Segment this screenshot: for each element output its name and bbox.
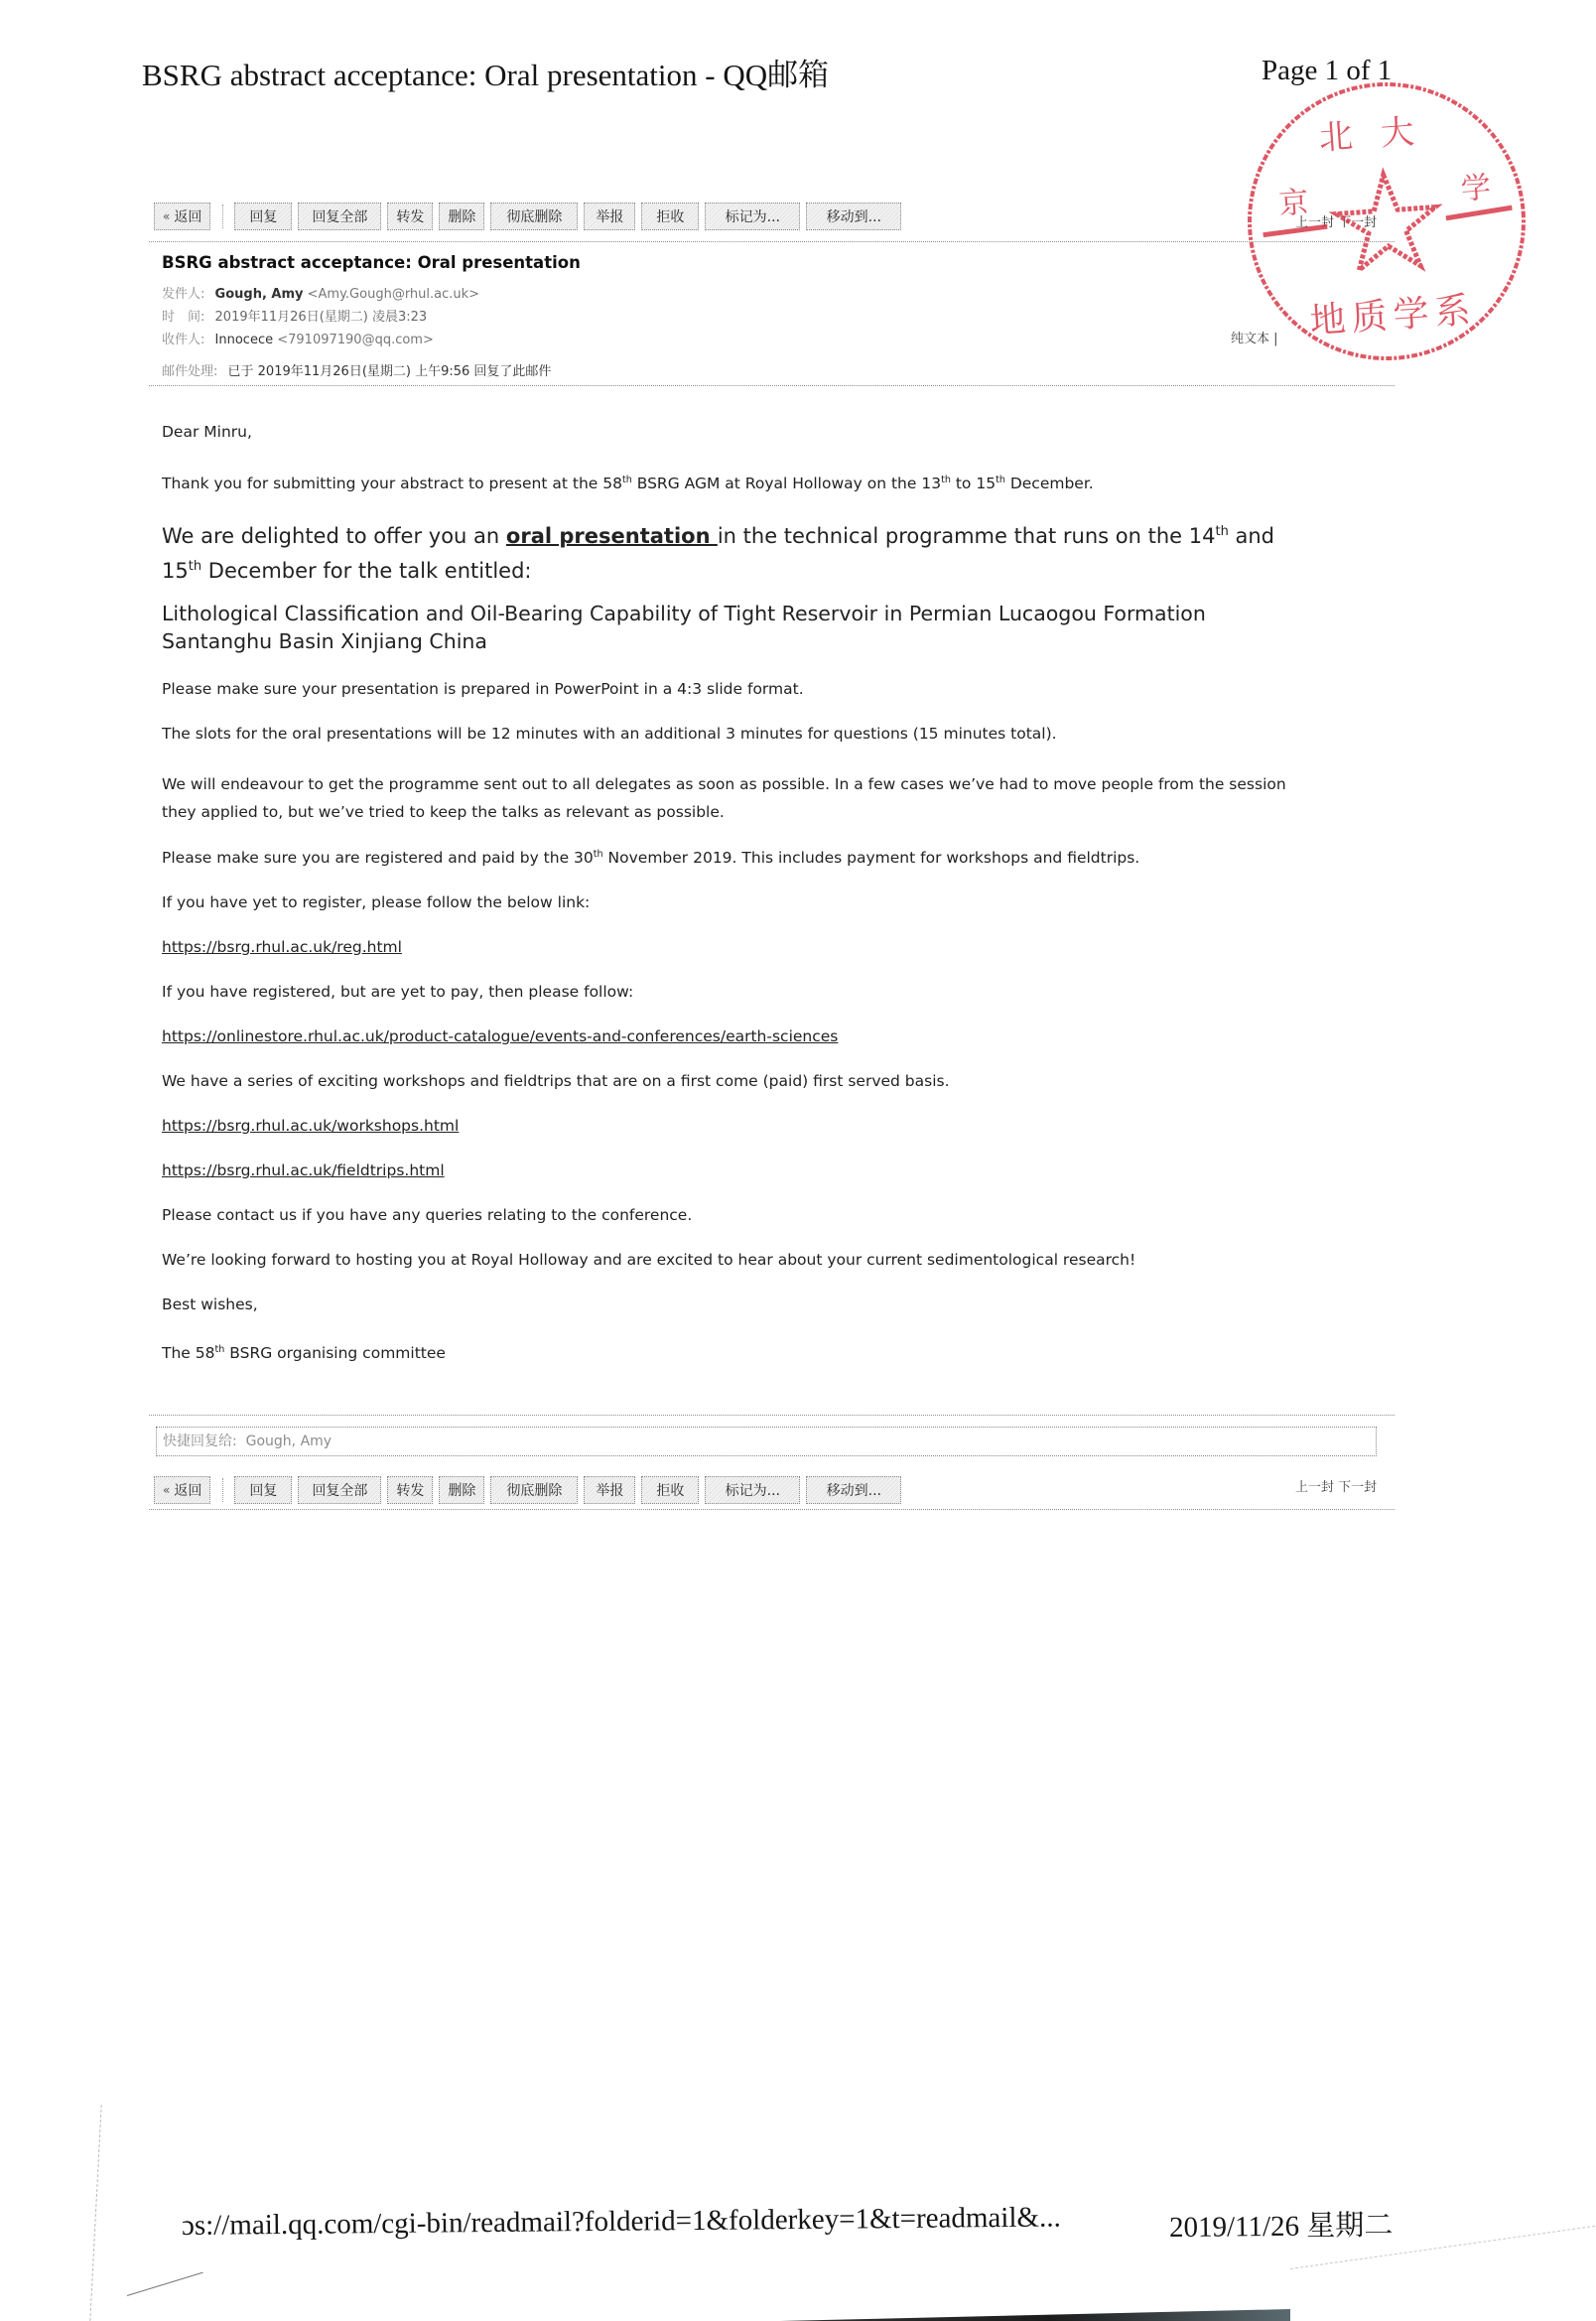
paragraph-register: If you have yet to register, please foll… [162,893,590,911]
divider [149,385,1395,386]
reply-all-button[interactable]: 回复全部 [298,1476,381,1504]
paragraph-offer-line1: We are delighted to offer you an oral pr… [162,519,1274,554]
move-to-button[interactable]: 移动到... [806,1476,901,1504]
reply-button[interactable]: 回复 [234,203,292,230]
delete-permanently-button[interactable]: 彻底删除 [490,1476,578,1504]
divider [149,1509,1395,1510]
official-seal-stamp: 北大 京 学 地质学系 [1233,68,1540,375]
bottom-toolbar: « 返回 回复 回复全部 转发 删除 彻底删除 举报 拒收 标记为... 移动到… [154,1475,907,1505]
back-button[interactable]: « 返回 [154,203,210,230]
reply-all-button[interactable]: 回复全部 [298,203,381,230]
handling-status: 已于 2019年11月26日(星期二) 上午9:56 回复了此邮件 [228,364,552,379]
next-message-link[interactable]: 下一封 [1338,1480,1377,1495]
scan-shadow [695,2309,1290,2321]
message-subject: BSRG abstract acceptance: Oral presentat… [162,253,581,272]
svg-text:京: 京 [1277,185,1309,221]
report-spam-button[interactable]: 举报 [584,203,635,230]
to-label: 收件人: [162,333,204,347]
paragraph-looking-forward: We’re looking forward to hosting you at … [162,1251,1135,1269]
divider [149,241,1395,242]
back-button[interactable]: « 返回 [154,1476,210,1504]
prev-message-link[interactable]: 上一封 [1295,1480,1334,1495]
print-footer-date: 2019/11/26 星期二 [1169,2203,1394,2246]
from-label: 发件人: [162,287,204,302]
oral-presentation-emphasis: oral presentation [506,524,718,548]
time-label: 时 间: [162,310,204,325]
toolbar-separator [222,1478,224,1502]
print-footer-url: ɔs://mail.qq.com/cgi-bin/readmail?folder… [182,2201,1061,2243]
fieldtrips-link[interactable]: https://bsrg.rhul.ac.uk/fieldtrips.html [162,1161,445,1179]
paragraph-thanks: Thank you for submitting your abstract t… [162,475,1094,492]
sender-name[interactable]: Gough, Amy [215,287,304,302]
time-line: 时 间: 2019年11月26日(星期二) 凌晨3:23 [162,306,427,325]
handling-line: 邮件处理: 已于 2019年11月26日(星期二) 上午9:56 回复了此邮件 [162,360,551,379]
recipient-address[interactable]: <791097190@qq.com> [277,333,434,347]
to-line: 收件人: Innocece <791097190@qq.com> [162,329,434,347]
divider [149,1415,1395,1416]
paragraph-format: Please make sure your presentation is pr… [162,680,804,698]
svg-text:北大: 北大 [1318,110,1443,159]
toolbar-separator [222,205,224,228]
message-nav-bottom: 上一封 下一封 [1295,1476,1377,1495]
move-to-button[interactable]: 移动到... [806,203,901,230]
signature: The 58th BSRG organising committee [162,1344,446,1362]
paragraph-workshops: We have a series of exciting workshops a… [162,1072,950,1090]
report-spam-button[interactable]: 举报 [584,1476,635,1504]
double-chevron-left-icon: « [163,209,170,223]
top-toolbar: « 返回 回复 回复全部 转发 删除 彻底删除 举报 拒收 标记为... 移动到… [154,202,907,231]
closing: Best wishes, [162,1296,258,1313]
handling-label: 邮件处理: [162,364,217,379]
reject-button[interactable]: 拒收 [641,1476,699,1504]
sent-time: 2019年11月26日(星期二) 凌晨3:23 [215,310,428,325]
svg-text:地质学系: 地质学系 [1308,290,1477,342]
paragraph-slots: The slots for the oral presentations wil… [162,725,1057,743]
mark-as-button[interactable]: 标记为... [705,203,800,230]
register-link[interactable]: https://bsrg.rhul.ac.uk/reg.html [162,938,402,956]
workshops-link[interactable]: https://bsrg.rhul.ac.uk/workshops.html [162,1117,459,1135]
reply-button[interactable]: 回复 [234,1476,292,1504]
delete-permanently-button[interactable]: 彻底删除 [490,203,578,230]
delete-button[interactable]: 删除 [439,203,484,230]
sender-address[interactable]: <Amy.Gough@rhul.ac.uk> [308,287,479,302]
paragraph-offer-line2: 15th December for the talk entitled: [162,554,1274,589]
paragraph-payment: Please make sure you are registered and … [162,849,1139,867]
greeting: Dear Minru, [162,423,252,441]
paragraph-offer: We are delighted to offer you an oral pr… [162,519,1274,589]
quick-reply-input[interactable] [156,1427,1377,1456]
talk-title: Lithological Classification and Oil-Bear… [162,600,1206,655]
reject-button[interactable]: 拒收 [641,203,699,230]
print-page-title: BSRG abstract acceptance: Oral presentat… [142,50,829,94]
scan-edge [89,2105,101,2321]
forward-button[interactable]: 转发 [387,1476,433,1504]
forward-button[interactable]: 转发 [387,203,433,230]
mark-as-button[interactable]: 标记为... [705,1476,800,1504]
paragraph-contact: Please contact us if you have any querie… [162,1206,692,1224]
double-chevron-left-icon: « [163,1483,170,1497]
delete-button[interactable]: 删除 [439,1476,484,1504]
paragraph-programme: We will endeavour to get the programme s… [162,770,1286,826]
online-store-link[interactable]: https://onlinestore.rhul.ac.uk/product-c… [162,1027,838,1045]
svg-text:学: 学 [1460,171,1492,207]
recipient-name[interactable]: Innocece [215,333,274,347]
from-line: 发件人: Gough, Amy <Amy.Gough@rhul.ac.uk> [162,283,479,302]
paragraph-pay: If you have registered, but are yet to p… [162,983,633,1001]
scan-fold-line [127,2272,203,2296]
